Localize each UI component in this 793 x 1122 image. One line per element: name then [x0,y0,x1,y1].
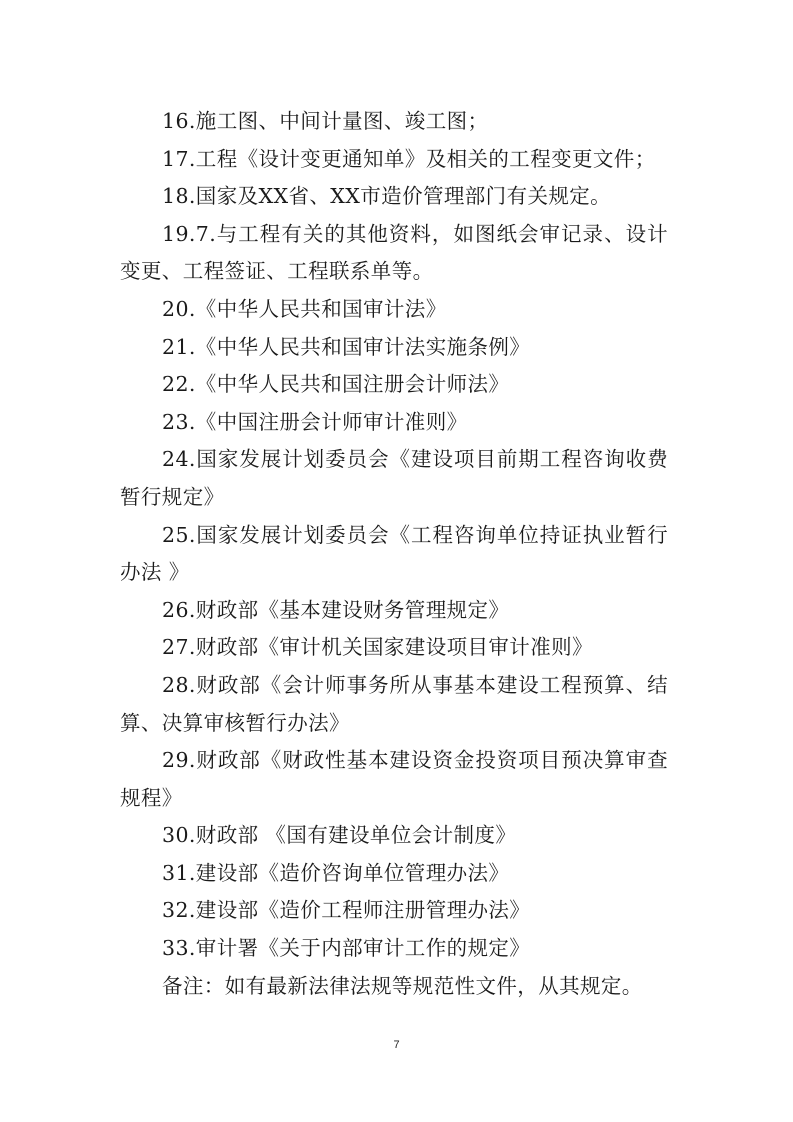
list-item-18: 18.国家及XX省、XX市造价管理部门有关规定。 [120,178,668,216]
list-item-21: 21.《中华人民共和国审计法实施条例》 [120,329,668,367]
list-item-26: 26.财政部《基本建设财务管理规定》 [120,592,668,630]
list-item-27: 27.财政部《审计机关国家建设项目审计准则》 [120,629,668,667]
list-item-25: 25.国家发展计划委员会《工程咨询单位持证执业暂行办法 》 [120,517,668,592]
list-item-16: 16.施工图、中间计量图、竣工图； [120,103,668,141]
list-item-20: 20.《中华人民共和国审计法》 [120,291,668,329]
remark-note: 备注：如有最新法律法规等规范性文件，从其规定。 [120,968,668,1006]
list-item-32: 32.建设部《造价工程师注册管理办法》 [120,892,668,930]
list-item-33: 33.审计署《关于内部审计工作的规定》 [120,930,668,968]
list-item-23: 23.《中国注册会计师审计准则》 [120,404,668,442]
list-item-30: 30.财政部 《国有建设单位会计制度》 [120,817,668,855]
list-item-17: 17.工程《设计变更通知单》及相关的工程变更文件； [120,141,668,179]
list-item-29: 29.财政部《财政性基本建设资金投资项目预决算审查规程》 [120,742,668,817]
list-item-22: 22.《中华人民共和国注册会计师法》 [120,366,668,404]
list-item-28: 28.财政部《会计师事务所从事基本建设工程预算、结算、决算审核暂行办法》 [120,667,668,742]
document-body: 16.施工图、中间计量图、竣工图； 17.工程《设计变更通知单》及相关的工程变更… [120,103,668,1005]
list-item-24: 24.国家发展计划委员会《建设项目前期工程咨询收费暂行规定》 [120,441,668,516]
list-item-31: 31.建设部《造价咨询单位管理办法》 [120,855,668,893]
page-number: 7 [0,1039,793,1051]
list-item-19: 19.7.与工程有关的其他资料，如图纸会审记录、设计变更、工程签证、工程联系单等… [120,216,668,291]
